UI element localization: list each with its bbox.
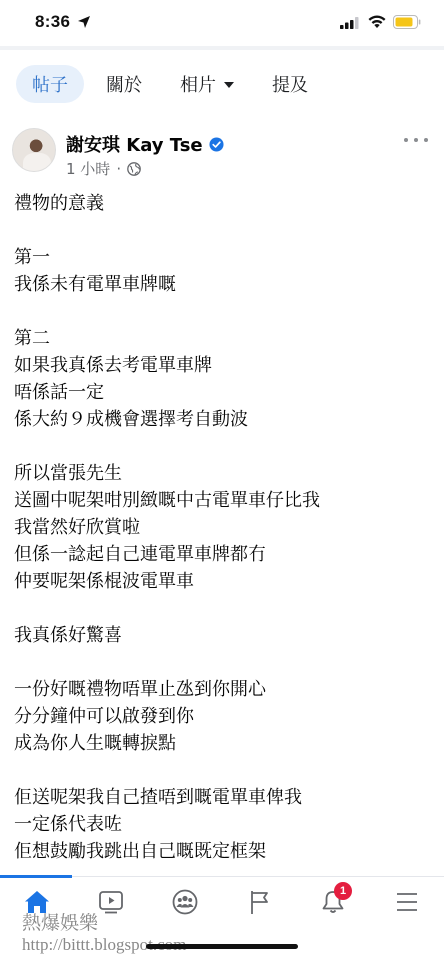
- status-bar: 8:36: [0, 0, 444, 46]
- cellular-signal-icon: [340, 17, 360, 29]
- post-line: 我真係好驚喜: [14, 622, 434, 649]
- post-line: 如果我真係去考電單車牌: [14, 352, 434, 379]
- blank-line: [14, 433, 434, 460]
- post-line: 係大約９成機會選擇考自動波: [14, 406, 434, 433]
- dot: [414, 138, 418, 142]
- watermark-title: 熱爆娛樂: [22, 912, 186, 934]
- verified-badge-icon: [209, 137, 224, 152]
- tab-about[interactable]: 關於: [90, 65, 158, 103]
- hamburger-menu-icon: [393, 888, 421, 916]
- author-name[interactable]: 謝安琪 Kay Tse: [66, 131, 203, 157]
- post-text: 禮物的意義 第一 我係未有電單車牌嘅 第二 如果我真係去考電單車牌 唔係話一定 …: [14, 190, 434, 865]
- blank-line: [14, 649, 434, 676]
- profile-tabs: 帖子 關於 相片 提及: [16, 64, 330, 104]
- tab-label: 帖子: [32, 71, 68, 97]
- blank-line: [14, 217, 434, 244]
- avatar-figure: [23, 153, 51, 172]
- post-line: 佢送呢架我自己揸唔到嘅電單車俾我: [14, 784, 434, 811]
- post-line: 第一: [14, 244, 434, 271]
- watermark: 熱爆娛樂 http://bittt.blogspot.com: [22, 912, 186, 956]
- nav-notifications[interactable]: 1: [308, 882, 358, 922]
- post-meta: 1 小時 ·: [66, 158, 141, 179]
- tab-label: 關於: [106, 71, 142, 97]
- post-line: 所以當張先生: [14, 460, 434, 487]
- notification-badge: 1: [334, 882, 352, 900]
- active-tab-indicator: [0, 875, 72, 878]
- tab-label: 相片: [180, 71, 216, 97]
- location-arrow-icon: [77, 15, 91, 29]
- post-line: 我當然好欣賞啦: [14, 514, 434, 541]
- more-options-button[interactable]: [404, 132, 428, 148]
- post-line: 分分鐘仲可以啟發到你: [14, 703, 434, 730]
- tab-mentions[interactable]: 提及: [256, 65, 324, 103]
- post-line: 送圖中呢架咁別緻嘅中古電單車仔比我: [14, 487, 434, 514]
- blank-line: [14, 757, 434, 784]
- post-line: 仲要呢架係棍波電單車: [14, 568, 434, 595]
- post-line: 第二: [14, 325, 434, 352]
- post-line: 成為你人生嘅轉捩點: [14, 730, 434, 757]
- post-line: 禮物的意義: [14, 190, 434, 217]
- tab-posts[interactable]: 帖子: [16, 65, 84, 103]
- globe-icon: [127, 162, 141, 176]
- dot: [404, 138, 408, 142]
- tab-photos[interactable]: 相片: [164, 65, 250, 103]
- status-time: 8:36: [35, 12, 70, 32]
- caret-down-icon: [224, 82, 234, 88]
- nav-pages[interactable]: [234, 882, 284, 922]
- meta-separator: ·: [116, 160, 121, 178]
- blank-line: [14, 298, 434, 325]
- battery-icon: [393, 15, 421, 29]
- flag-icon: [245, 888, 273, 916]
- tab-label: 提及: [272, 71, 308, 97]
- blank-line: [14, 595, 434, 622]
- wifi-icon: [367, 14, 387, 29]
- post-line: 唔係話一定: [14, 379, 434, 406]
- post-line: 一定係代表咗: [14, 811, 434, 838]
- avatar[interactable]: [12, 128, 56, 172]
- home-indicator[interactable]: [146, 944, 298, 949]
- author-line: 謝安琪 Kay Tse: [66, 131, 224, 157]
- post-line: 我係未有電單車牌嘅: [14, 271, 434, 298]
- post-line: 佢想鼓勵我跳出自己嘅既定框架: [14, 838, 434, 865]
- post-line: 但係一諗起自己連電單車牌都冇: [14, 541, 434, 568]
- post-header: 謝安琪 Kay Tse 1 小時 ·: [12, 128, 432, 184]
- divider: [0, 46, 444, 50]
- nav-menu[interactable]: [382, 882, 432, 922]
- dot: [424, 138, 428, 142]
- post-time[interactable]: 1 小時: [66, 158, 110, 179]
- post-line: 一份好嘅禮物唔單止氹到你開心: [14, 676, 434, 703]
